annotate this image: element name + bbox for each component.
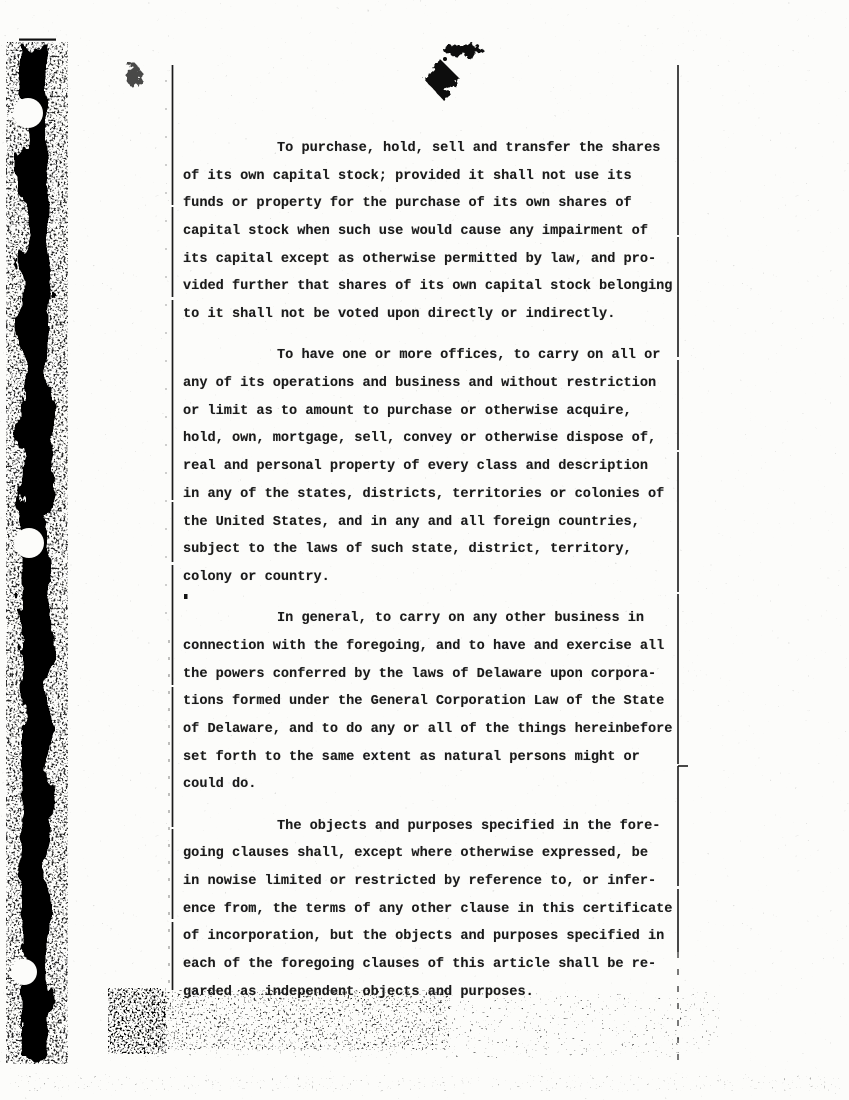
text-line: of Delaware, and to do any or all of the… (183, 716, 688, 744)
text-line: hold, own, mortgage, sell, convey or oth… (183, 425, 688, 453)
text-line: of incorporation, but the objects and pu… (183, 923, 688, 951)
scanner-edge-top-line (19, 39, 56, 41)
text-line: or limit as to amount to purchase or oth… (183, 398, 688, 426)
text-line: To have one or more offices, to carry on… (183, 342, 688, 370)
punch-hole-middle (14, 528, 44, 558)
bottom-edge-noise (10, 1075, 840, 1091)
text-line: set forth to the same extent as natural … (183, 744, 688, 772)
bottom-noise-strip (140, 1040, 700, 1058)
text-line: capital stock when such use would cause … (183, 218, 688, 246)
punch-hole-top (13, 98, 43, 128)
text-line: the powers conferred by the laws of Dela… (183, 661, 688, 689)
document-text: To purchase, hold, sell and transfer the… (183, 135, 688, 1020)
scanned-document-page: To purchase, hold, sell and transfer the… (0, 0, 849, 1100)
text-line: The objects and purposes specified in th… (183, 813, 688, 841)
text-line: tions formed under the General Corporati… (183, 688, 688, 716)
text-line: garded as independent objects and purpos… (183, 979, 688, 1007)
text-line: going clauses shall, except where otherw… (183, 840, 688, 868)
text-line: any of its operations and business and w… (183, 370, 688, 398)
text-line: In general, to carry on any other busine… (183, 605, 688, 633)
text-line: each of the foregoing clauses of this ar… (183, 951, 688, 979)
text-line: subject to the laws of such state, distr… (183, 536, 688, 564)
text-line: could do. (183, 771, 688, 799)
text-line: of its own capital stock; provided it sh… (183, 163, 688, 191)
text-line: To purchase, hold, sell and transfer the… (183, 135, 688, 163)
ink-blot-dot (443, 57, 447, 61)
text-line: colony or country. (183, 564, 688, 592)
text-line: connection with the foregoing, and to ha… (183, 633, 688, 661)
text-line: vided further that shares of its own cap… (183, 273, 688, 301)
punch-hole-bottom (11, 959, 37, 985)
text-line: the United States, and in any and all fo… (183, 509, 688, 537)
text-line: to it shall not be voted upon directly o… (183, 301, 688, 329)
text-line: real and personal property of every clas… (183, 453, 688, 481)
text-line: in nowise limited or restricted by refer… (183, 868, 688, 896)
text-line: ence from, the terms of any other clause… (183, 896, 688, 924)
text-line: in any of the states, districts, territo… (183, 481, 688, 509)
margin-smudge (127, 64, 141, 88)
ink-blot-horizontal (443, 44, 483, 56)
text-line: its capital except as otherwise permitte… (183, 246, 688, 274)
text-line: funds or property for the purchase of it… (183, 190, 688, 218)
